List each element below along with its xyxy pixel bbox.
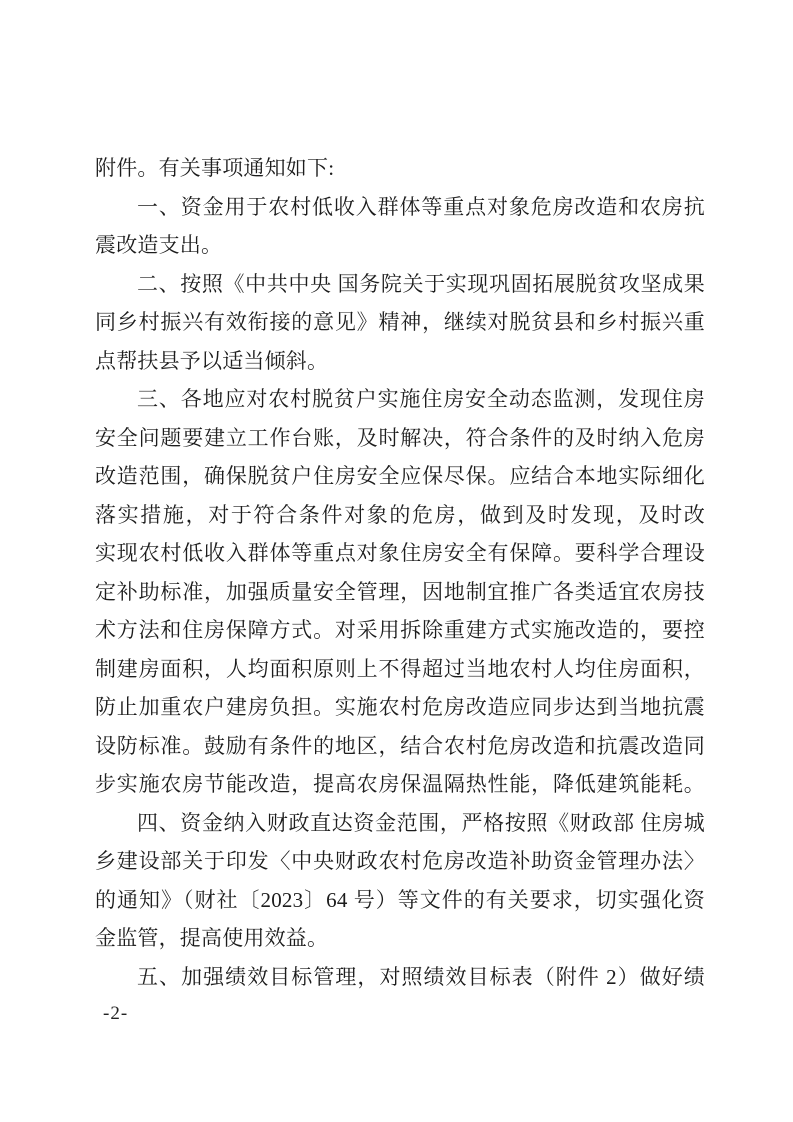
text-line: 的通知》（财社〔2023〕64 号）等文件的有关要求，切实强化资 bbox=[95, 881, 705, 920]
text-line: 附件。有关事项通知如下: bbox=[95, 149, 705, 188]
text-line: 乡建设部关于印发〈中央财政农村危房改造补助资金管理办法〉 bbox=[95, 842, 705, 881]
page-number: -2- bbox=[103, 1000, 128, 1028]
text-line: 改造范围，确保脱贫户住房安全应保尽保。应结合本地实际细化 bbox=[95, 457, 705, 496]
text-line: 震改造支出。 bbox=[95, 226, 705, 265]
text-line: 步实施农房节能改造，提高农房保温隔热性能，降低建筑能耗。 bbox=[95, 765, 705, 804]
text-line: 设防标准。鼓励有条件的地区，结合农村危房改造和抗震改造同 bbox=[95, 727, 705, 766]
text-line: 实现农村低收入群体等重点对象住房安全有保障。要科学合理设 bbox=[95, 534, 705, 573]
text-line: 金监管，提高使用效益。 bbox=[95, 919, 705, 958]
text-line: 定补助标准，加强质量安全管理，因地制宜推广各类适宜农房技 bbox=[95, 573, 705, 612]
text-line: 三、各地应对农村脱贫户实施住房安全动态监测，发现住房 bbox=[95, 380, 705, 419]
text-line: 术方法和住房保障方式。对采用拆除重建方式实施改造的，要控 bbox=[95, 611, 705, 650]
text-line: 同乡村振兴有效衔接的意见》精神，继续对脱贫县和乡村振兴重 bbox=[95, 303, 705, 342]
text-line: 五、加强绩效目标管理，对照绩效目标表（附件 2）做好绩 bbox=[95, 958, 705, 997]
text-line: 落实措施，对于符合条件对象的危房，做到及时发现，及时改造， bbox=[95, 496, 705, 535]
text-line: 防止加重农户建房负担。实施农村危房改造应同步达到当地抗震 bbox=[95, 688, 705, 727]
text-line: 安全问题要建立工作台账，及时解决，符合条件的及时纳入危房 bbox=[95, 419, 705, 458]
text-line: 二、按照《中共中央 国务院关于实现巩固拓展脱贫攻坚成果 bbox=[95, 265, 705, 304]
text-line: 四、资金纳入财政直达资金范围，严格按照《财政部 住房城 bbox=[95, 804, 705, 843]
text-line: 制建房面积，人均面积原则上不得超过当地农村人均住房面积， bbox=[95, 650, 705, 689]
text-line: 点帮扶县予以适当倾斜。 bbox=[95, 342, 705, 381]
text-line: 一、资金用于农村低收入群体等重点对象危房改造和农房抗 bbox=[95, 188, 705, 227]
document-page: 附件。有关事项通知如下:一、资金用于农村低收入群体等重点对象危房改造和农房抗震改… bbox=[0, 0, 793, 1122]
document-body: 附件。有关事项通知如下:一、资金用于农村低收入群体等重点对象危房改造和农房抗震改… bbox=[95, 149, 705, 996]
